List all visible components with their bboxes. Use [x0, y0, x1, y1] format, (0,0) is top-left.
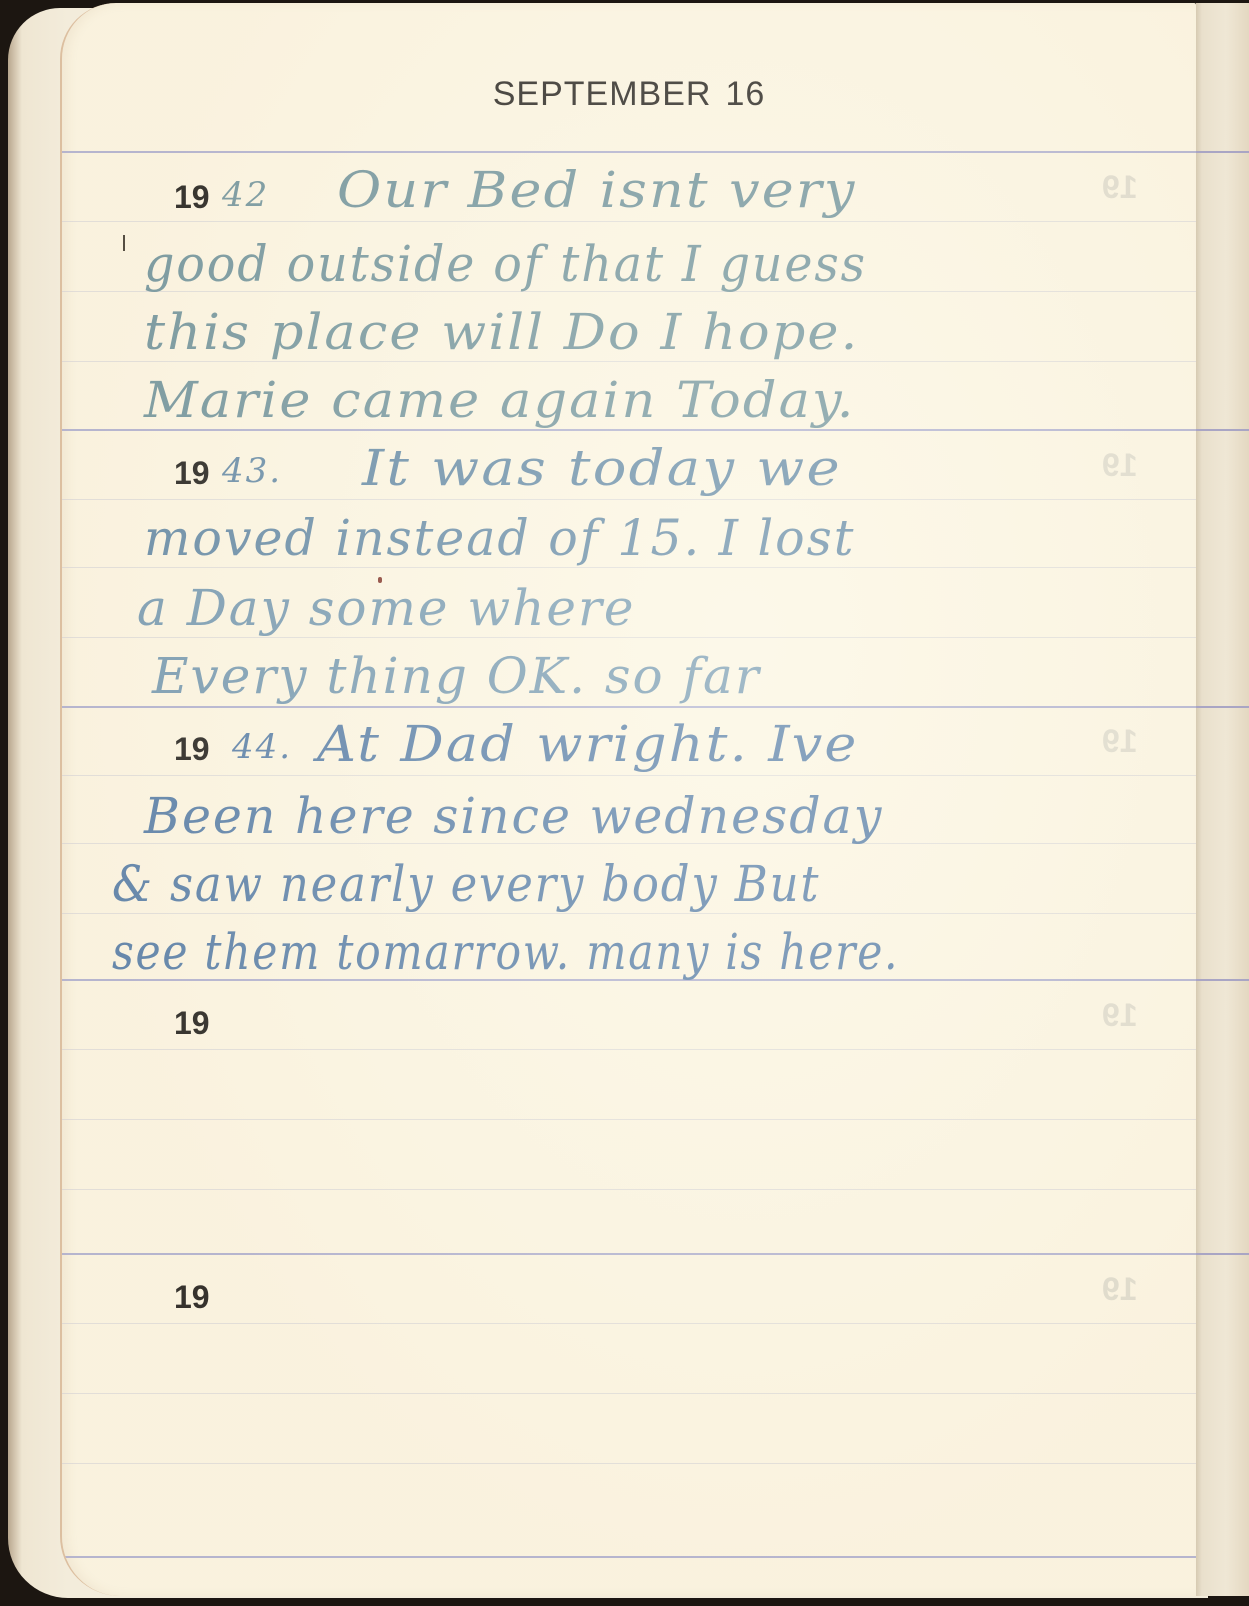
- writing-rule: [62, 1119, 1196, 1120]
- writing-rule: [62, 637, 1196, 638]
- edge-rule: [1196, 979, 1249, 981]
- year-prefix: 19: [174, 731, 210, 768]
- writing-rule: [62, 1393, 1196, 1394]
- section-rule: [62, 1253, 1196, 1255]
- year-prefix: 19: [174, 455, 210, 492]
- year-suffix: 42: [222, 175, 269, 215]
- edge-rule: [1196, 429, 1249, 431]
- year-prefix: 19: [174, 1279, 210, 1316]
- edge-rule: [1196, 151, 1249, 153]
- entry-line: & saw nearly every body But: [112, 855, 820, 913]
- entry-line: It was today we: [362, 439, 842, 497]
- entry-line: a Day some where: [137, 579, 635, 637]
- ghost-year: 19: [1102, 169, 1138, 206]
- diary-page: SEPTEMBER16 19 19 19 19 19 19 42 Our Bed…: [60, 3, 1196, 1596]
- ghost-year: 19: [1102, 997, 1138, 1034]
- writing-rule: [62, 567, 1196, 568]
- next-page-edge: [1196, 3, 1249, 1596]
- writing-rule: [62, 1323, 1196, 1324]
- entry-line: Marie came again Today.: [144, 371, 856, 429]
- writing-rule: [62, 1189, 1196, 1190]
- section-rule: [62, 429, 1196, 431]
- section-rule: [62, 1556, 1196, 1558]
- edge-rule: [1196, 706, 1249, 708]
- writing-rule: [62, 913, 1196, 914]
- writing-rule: [62, 499, 1196, 500]
- writing-rule: [62, 1049, 1196, 1050]
- ghost-year: 19: [1102, 447, 1138, 484]
- entry-line: Been here since wednesday: [144, 787, 883, 845]
- entry-line: this place will Do I hope.: [144, 303, 859, 361]
- entry-line: moved instead of 15. I lost: [144, 509, 855, 567]
- writing-rule: [62, 221, 1196, 222]
- section-rule: [62, 706, 1196, 708]
- ink-spot: [378, 577, 382, 583]
- month-label: SEPTEMBER: [493, 75, 712, 113]
- day-label: 16: [725, 75, 765, 113]
- entry-line: good outside of that I guess: [144, 235, 867, 293]
- year-suffix: 43.: [222, 451, 282, 491]
- entry-line: At Dad wright. Ive: [317, 715, 859, 773]
- ghost-year: 19: [1102, 1271, 1138, 1308]
- page-title: SEPTEMBER16: [62, 75, 1196, 114]
- edge-rule: [1196, 1253, 1249, 1255]
- page-mark: [123, 235, 125, 251]
- year-prefix: 19: [174, 1005, 210, 1042]
- writing-rule: [62, 361, 1196, 362]
- writing-rule: [62, 775, 1196, 776]
- writing-rule: [62, 1463, 1196, 1464]
- year-suffix: 44.: [232, 727, 292, 767]
- entry-line: Our Bed isnt very: [337, 161, 857, 219]
- year-prefix: 19: [174, 179, 210, 216]
- ghost-year: 19: [1102, 723, 1138, 760]
- entry-line: see them tomarrow. many is here.: [112, 923, 899, 981]
- section-rule: [62, 151, 1196, 153]
- entry-line: Every thing OK. so far: [152, 647, 761, 705]
